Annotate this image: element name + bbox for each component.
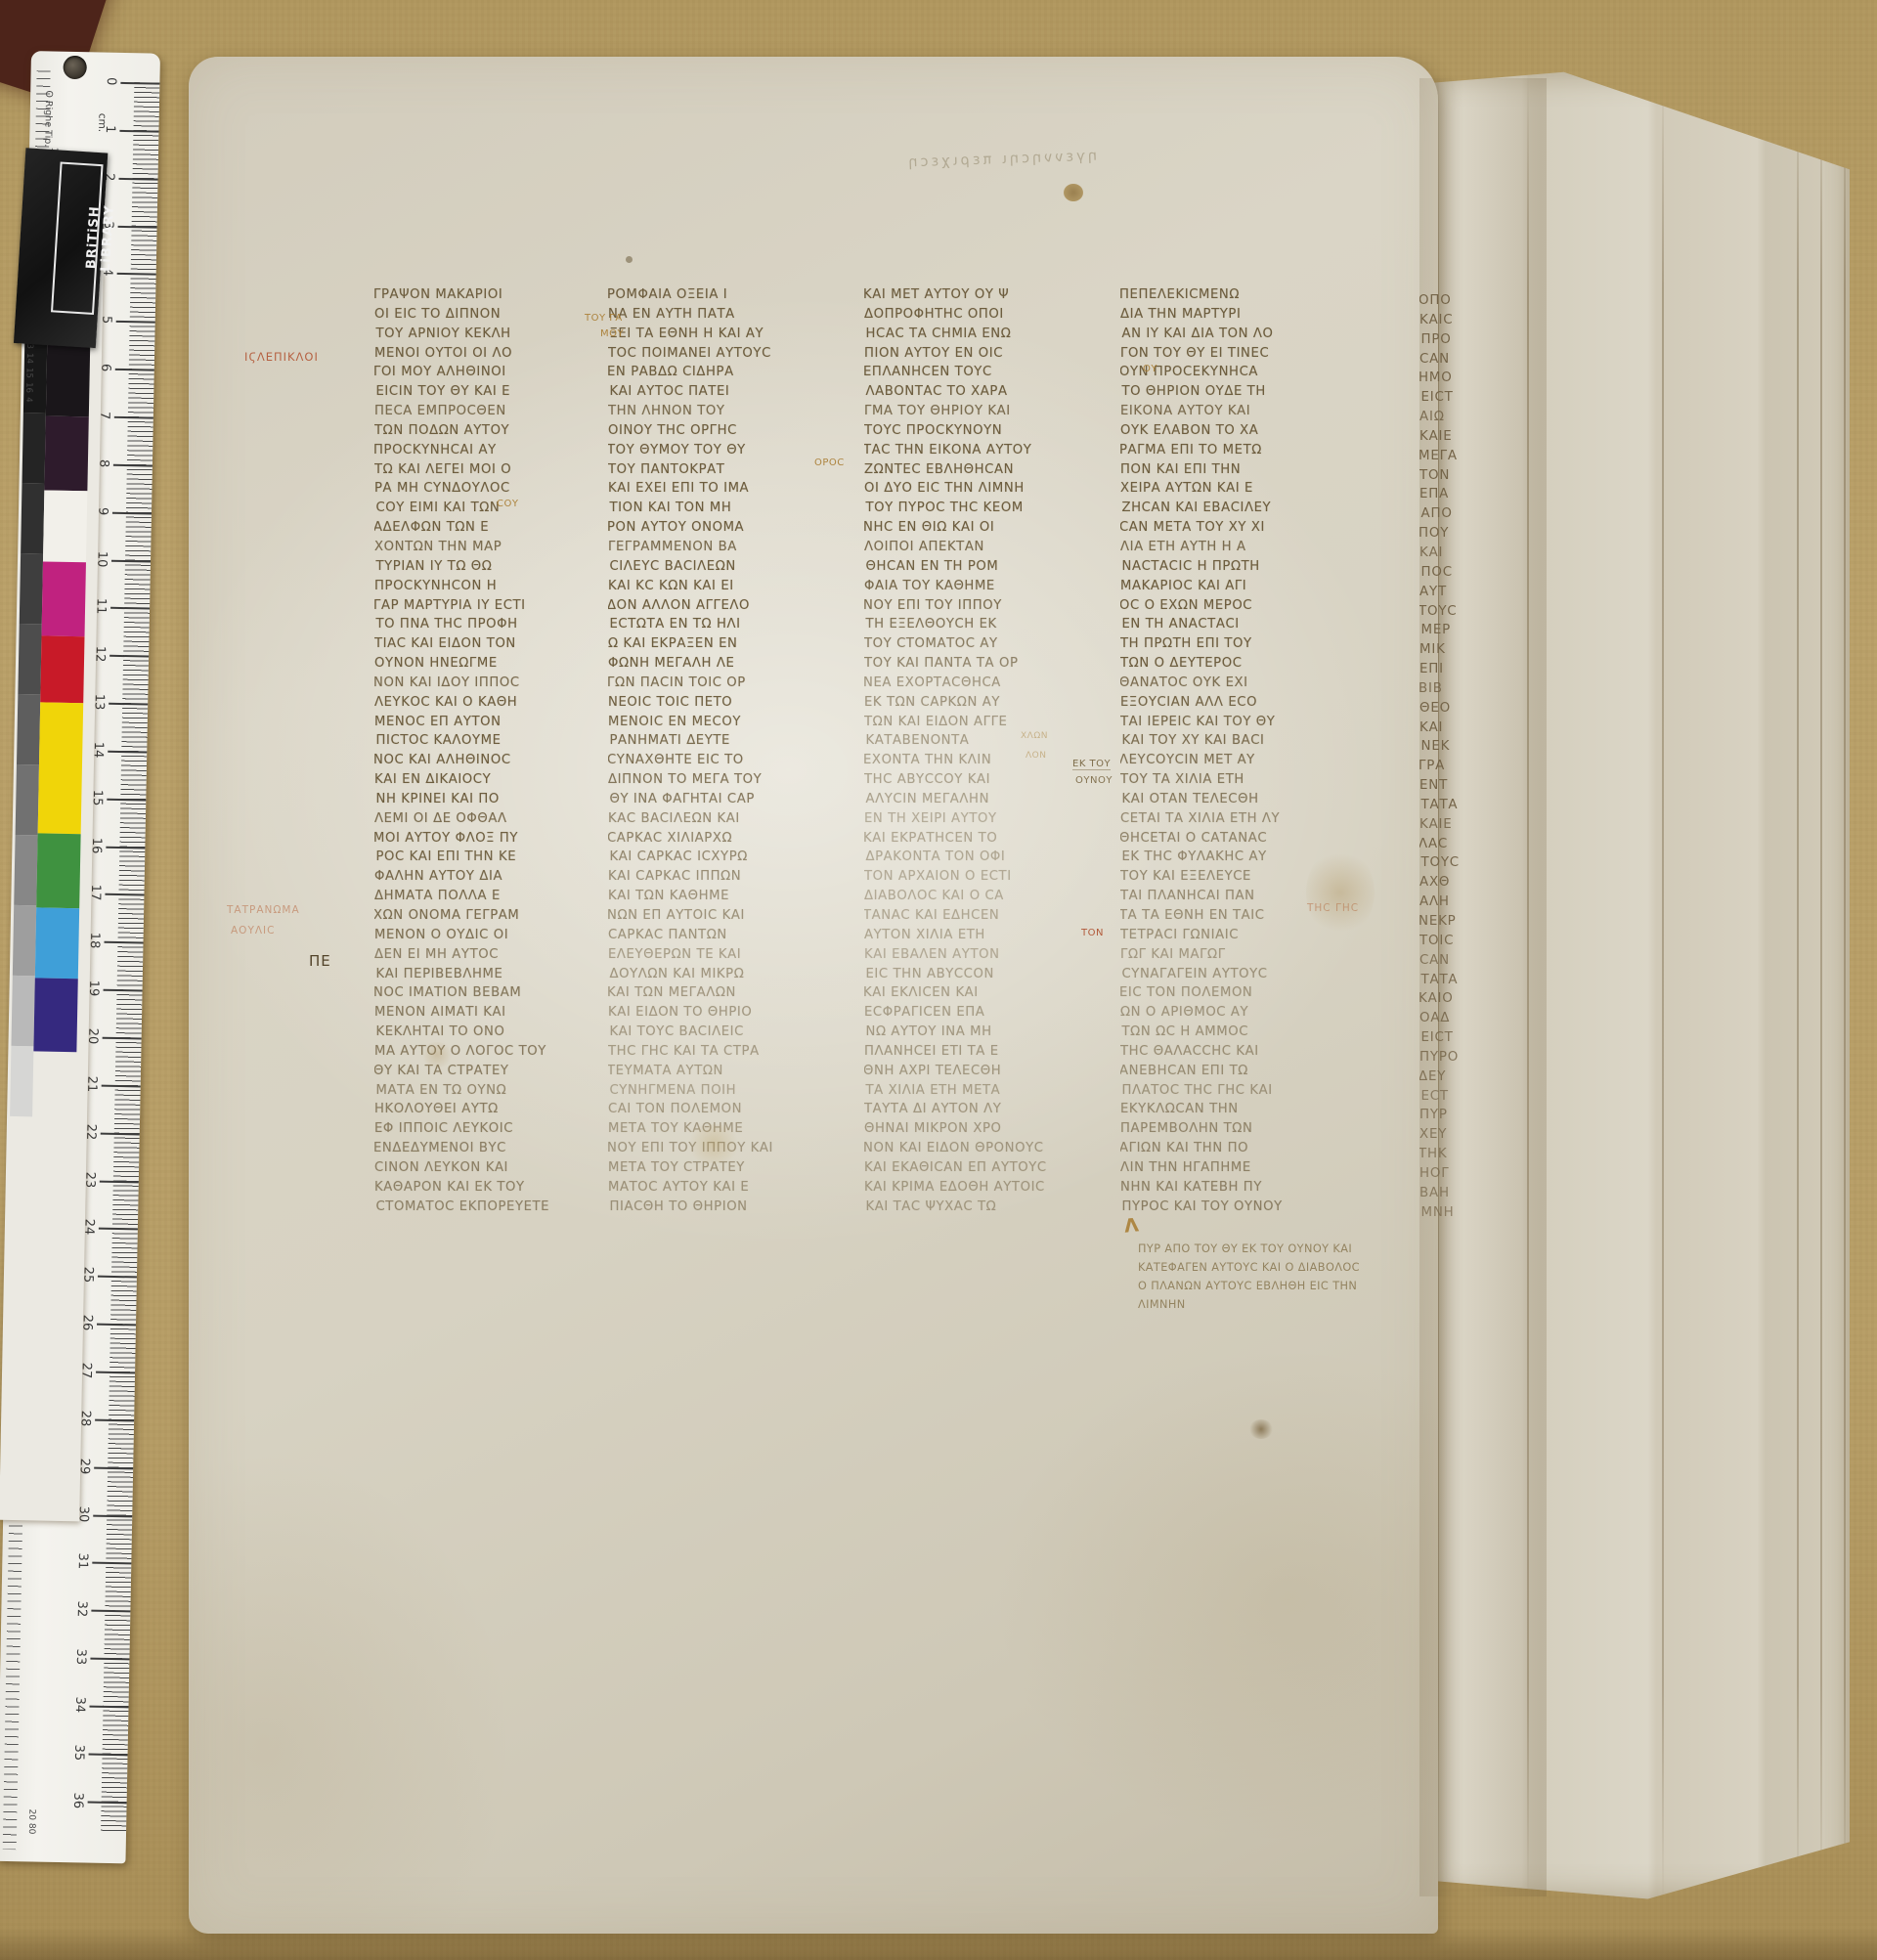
gray-step [10,1046,33,1116]
gray-step [11,976,34,1046]
manuscript-line: ΤΗΝ ΛΗΝΟΝ ΤΟΥ [608,402,851,421]
cm-major-tick [104,941,143,944]
cm-major-tick [106,846,145,849]
gray-step [14,835,37,905]
manuscript-line: ϹΥΝΗΓΜΕΝΑ ΠΟΙΗ [610,1081,851,1101]
page-fold-shadow [1419,78,1547,1896]
manuscript-line: ΚΕΚΛΗΤΑΙ ΤΟ ΟΝΟ [376,1023,618,1042]
manuscript-line: ΛΙΝ ΤΗΝ ΗΓΑΠΗΜΕ [1120,1158,1363,1178]
color-patch-cyan [35,907,79,979]
cm-major-tick [90,1658,129,1661]
cm-number: 33 [73,1647,88,1667]
manuscript-line: ΤΑΙ ΙΕΡΕΙϹ ΚΑΙ ΤΟΥ ΘΥ [1120,713,1363,732]
manuscript-line: ϹΑΝ ΜΕΤΑ ΤΟΥ ΧΥ ΧΙ [1120,518,1362,538]
manuscript-line: ΝΑ ΕΝ ΑΥΤΗ ΠΑΤΑ [608,305,851,325]
british-library-cassette: BRiTiSH LiBRARY [14,148,108,348]
manuscript-line: ΜΑΤΑ ΕΝ ΤΩ ΟΥΝΩ [376,1081,618,1101]
manuscript-line: ΤΟΥ ΘΥΜΟΥ ΤΟΥ ΘΥ [608,441,850,460]
cm-major-tick [104,989,143,992]
leaf-fold-line [1820,68,1822,1906]
manuscript-line: ΕΛΕΥΘΕΡΩΝ ΤΕ ΚΑΙ [608,945,851,965]
inch-tick-strip-bottom [3,1488,23,1850]
manuscript-line: ΓΩΝ ΠΑϹΙΝ ΤΟΙϹ ΟΡ [608,674,850,693]
manuscript-line: ΕΚ ΤΩΝ ϹΑΡΚΩΝ ΑΥ [864,693,1107,713]
cm-major-tick [99,1228,138,1231]
manuscript-line: ΚΑΙ ΤΑϹ ΨΥΧΑϹ ΤΩ [866,1198,1108,1217]
gray-step [16,764,39,835]
footnote-line: ΚΑΤΕΦΑΓΕΝ ΑΥΤΟΥϹ ΚΑΙ Ο ΔΙΑΒΟΛΟϹ [1138,1258,1431,1277]
smudge [420,1042,454,1067]
text-column-1: ΓΡΑΨΟΝ ΜΑΚΑΡΙΟΙΟΙ ΕΙϹ ΤΟ ΔΙΠΝΟΝΤΟΥ ΑΡΝΙΟ… [374,285,617,1248]
manuscript-line: ΟΙ ΕΙϹ ΤΟ ΔΙΠΝΟΝ [374,305,617,325]
manuscript-line: ΚΑΙ ΕΚΛΙϹΕΝ ΚΑΙ [864,983,1106,1003]
text-column-4: ΠΕΠΕΛΕΚΙϹΜΕΝΩΔΙΑ ΤΗΝ ΜΑΡΤΥΡΙΑΝ ΙΥ ΚΑΙ ΔΙ… [1120,285,1363,1248]
manuscript-line: ϹΑΙ ΤΟΝ ΠΟΛΕΜΟΝ [608,1100,851,1119]
cm-major-tick [108,751,147,754]
gray-step [20,553,43,624]
manuscript-line: ΘΗϹΑΝ ΕΝ ΤΗ ΡΟΜ [866,557,1108,577]
manuscript-line: ΤΟ ΘΗΡΙΟΝ ΟΥΔΕ ΤΗ [1122,382,1364,402]
manuscript-line: ΤΩΝ ΚΑΙ ΕΙΔΟΝ ΑΓΓΕ [864,713,1107,732]
manuscript-line: ΝΟΝ ΚΑΙ ΕΙΔΟΝ ΘΡΟΝΟΥϹ [864,1139,1106,1158]
inch-label-mid: 4 [23,397,33,409]
manuscript-line: ΠΕϹΑ ΕΜΠΡΟϹΘΕΝ [374,402,617,421]
manuscript-line: ΤΑΥΤΑ ΔΙ ΑΥΤΟΝ ΛΥ [864,1100,1107,1119]
cm-major-tick [93,1514,132,1517]
manuscript-line: ΠΟΝ ΚΑΙ ΕΠΙ ΤΗΝ [1120,460,1363,480]
manuscript-line: ΚΑΙ ϹΑΡΚΑϹ ΙϹΧΥΡΩ [610,848,851,867]
manuscript-line: ΕΞΟΥϹΙΑΝ ΑΛΛ ΕϹΟ [1120,693,1363,713]
manuscript-line: ΟΙΝΟΥ ΤΗϹ ΟΡΓΗϹ [608,421,851,441]
manuscript-line: ΠΡΟϹΚΥΝΗϹΑΙ ΑΥ [374,441,616,460]
manuscript-line: ΔΡΑΚΟΝΤΑ ΤΟΝ ΟΦΙ [866,848,1108,867]
manuscript-line: ΩΝ Ο ΑΡΙΘΜΟϹ ΑΥ [1120,1003,1363,1023]
manuscript-line: ΝΩ ΑΥΤΟΥ ΙΝΑ ΜΗ [866,1023,1108,1042]
manuscript-line: ΘΥ ΙΝΑ ΦΑΓΗΤΑΙ ϹΑΡ [610,790,851,809]
manuscript-line: ΤΟ ΠΝΑ ΤΗϹ ΠΡΟΦΗ [376,615,618,634]
cm-major-tick [107,798,146,801]
manuscript-line: ΘΥ ΚΑΙ ΤΑ ϹΤΡΑΤΕΥ [374,1062,616,1081]
manuscript-line: ΜΑΤΟϹ ΑΥΤΟΥ ΚΑΙ Ε [608,1178,851,1198]
manuscript-line: ΤΟΥ ΠΥΡΟϹ ΤΗϹ ΚΕΟΜ [866,499,1108,518]
manuscript-line: ΚΑΙ ΤΟΥϹ ΒΑϹΙΛΕΙϹ [610,1023,851,1042]
manuscript-line: ΓΕΓΡΑΜΜΕΝΟΝ ΒΑ [608,538,851,557]
cm-number: 1 [103,119,117,139]
ink-dot [626,256,633,263]
inch-label-mid: 14 [24,353,34,365]
manuscript-line: ΗϹΑϹ ΤΑ ϹΗΜΙΑ ΕΝΩ [866,325,1108,344]
dark-spot [1249,1419,1273,1439]
manuscript-line: ΚΑΙ ϹΑΡΚΑϹ ΙΠΠΩΝ [608,867,851,887]
manuscript-line: ΡΟΝ ΑΥΤΟΥ ΟΝΟΜΑ [608,518,850,538]
manuscript-line: ΔΙΑΒΟΛΟϹ ΚΑΙ Ο ϹΑ [864,887,1107,906]
manuscript-line: ΕΙϹΙΝ ΤΟΥ ΘΥ ΚΑΙ Ε [376,382,618,402]
manuscript-line: ΝΗΝ ΚΑΙ ΚΑΤΕΒΗ ΠΥ [1120,1178,1363,1198]
manuscript-line: ΠΙΑϹΘΗ ΤΟ ΘΗΡΙΟΝ [610,1198,851,1217]
manuscript-line: ΠΡΟϹΚΥΝΗϹΟΝ Η [374,577,617,596]
manuscript-line: ΕΧΟΝΤΑ ΤΗΝ ΚΛΙΝ [864,751,1106,770]
section-title-red-2a: ΤΑΤΡΑΝΩΜΑ [227,904,300,916]
manuscript-line: ΕΙΚΟΝΑ ΑΥΤΟΥ ΚΑΙ [1120,402,1363,421]
cm-number: 31 [75,1551,90,1571]
correction-tou-ga: ΤΟΥ ΓΑ [585,313,623,324]
cm-major-tick [112,511,152,514]
manuscript-line: ΠΑΡΕΜΒΟΛΗΝ ΤΩΝ [1120,1119,1363,1139]
manuscript-line: ΘΑΝΑΤΟϹ ΟΥΚ ΕΧΙ [1120,674,1362,693]
manuscript-line: ΕϹΦΡΑΓΙϹΕΝ ΕΠΑ [864,1003,1107,1023]
manuscript-line: ΛΕΥϹΟΥϹΙΝ ΜΕΤ ΑΥ [1120,751,1362,770]
manuscript-line: ΜΟΙ ΑΥΤΟΥ ΦΛΟΞ ΠΥ [374,829,616,849]
manuscript-line: ΑΔΕΛΦΩΝ ΤΩΝ Ε [374,518,616,538]
manuscript-line: ΕΝ ΡΑΒΔΩ ϹΙΔΗΡΑ [608,363,850,382]
manuscript-line: ΕΙϹ ΤΗΝ ΑΒΥϹϹΟΝ [866,965,1108,984]
leaf-fold-line [1797,68,1799,1906]
cm-major-tick [113,464,153,467]
gray-step [17,694,40,764]
manuscript-line: ΚΑΙ ΕΝ ΔΙΚΑΙΟϹΥ [374,770,617,790]
manuscript-line: ΛΕΜΙ ΟΙ ΔΕ ΟΦΘΑΛ [374,809,617,829]
manuscript-line: ΠΙϹΤΟϹ ΚΑΛΟΥΜΕ [376,731,618,751]
manuscript-line: ΑΛΥϹΙΝ ΜΕΓΑΛΗΝ [866,790,1108,809]
ruler-hole [63,56,86,79]
text-column-3: ΚΑΙ ΜΕΤ ΑΥΤΟΥ ΟΥ ΨΔΟΠΡΟΦΗΤΗϹ ΟΠΟΙΗϹΑϹ ΤΑ… [864,285,1107,1248]
leaf-fold-line [1844,68,1846,1906]
cm-major-tick [96,1372,135,1374]
manuscript-line: ΤΟΥϹ ΠΡΟϹΚΥΝΟΥΝ [864,421,1107,441]
color-patch-magenta [42,561,86,636]
manuscript-line: ΖΗϹΑΝ ΚΑΙ ΕΒΑϹΙΛΕΥ [1122,499,1364,518]
manuscript-line: ΚΑΙ ΜΕΤ ΑΥΤΟΥ ΟΥ Ψ [864,285,1106,305]
manuscript-line: ΜΕΝΟΙ ΟΥΤΟΙ ΟΙ ΛΟ [374,344,617,364]
manuscript-line: ΕΠΛΑΝΗϹΕΝ ΤΟΥϹ [864,363,1106,382]
manuscript-line: ΚΑΙ ΕΒΑΛΕΝ ΑΥΤΟΝ [864,945,1107,965]
manuscript-line: ΤΙΑϹ ΚΑΙ ΕΙΔΟΝ ΤΟΝ [374,634,617,654]
manuscript-line: ΤΗϹ ΑΒΥϹϹΟΥ ΚΑΙ [864,770,1107,790]
manuscript-line: ΑΝΕΒΗϹΑΝ ΕΠΙ ΤΩ [1120,1062,1362,1081]
manuscript-line: ΜΕΤΑ ΤΟΥ ϹΤΡΑΤΕΥ [608,1158,851,1178]
cm-number: 36 [70,1790,85,1809]
section-title-red: ΙϚΛΕΠΙΚΛΟΙ [244,350,319,364]
manuscript-line: ΜΕΝΟϹ ΕΠ ΑΥΤΟΝ [374,713,617,732]
manuscript-line: ΟΥΚ ΕΛΑΒΟΝ ΤΟ ΧΑ [1120,421,1363,441]
cm-major-tick [97,1324,136,1327]
manuscript-line: ΤΩ ΚΑΙ ΛΕΓΕΙ ΜΟΙ Ο [374,460,617,480]
manuscript-line: ΖΩΝΤΕϹ ΕΒΛΗΘΗϹΑΝ [864,460,1107,480]
cm-number: 32 [74,1599,89,1619]
manuscript-line: ΠΛΑΝΗϹΕΙ ΕΤΙ ΤΑ Ε [864,1042,1107,1062]
cm-major-tick [114,416,153,419]
cm-major-tick [118,225,157,228]
manuscript-line: ΔΙΑ ΤΗΝ ΜΑΡΤΥΡΙ [1120,305,1363,325]
yellow-stain [684,1124,743,1163]
gray-step [21,483,44,553]
manuscript-line: ΚΑΙ ΚΡΙΜΑ ΕΔΟΘΗ ΑΥΤΟΙϹ [864,1178,1107,1198]
manuscript-line: ΔΙΠΝΟΝ ΤΟ ΜΕΓΑ ΤΟΥ [608,770,851,790]
manuscript-line: ΓΡΑΨΟΝ ΜΑΚΑΡΙΟΙ [374,285,616,305]
manuscript-line: ΓΑΡ ΜΑΡΤΥΡΙΑ ΙΥ ΕϹΤΙ [374,596,616,616]
manuscript-line: ΕΝ ΤΗ ΑΝΑϹΤΑϹΙ [1122,615,1364,634]
footnote-line: Ο ΠΛΑΝΩΝ ΑΥΤΟΥϹ ΕΒΛΗΘΗ ΕΙϹ ΤΗΝ [1138,1277,1431,1295]
manuscript-line: ΡΟϹ ΚΑΙ ΕΠΙ ΤΗΝ ΚΕ [376,848,618,867]
manuscript-line: ϹΥΝΑΓΑΓΕΙΝ ΑΥΤΟΥϹ [1122,965,1364,984]
manuscript-line: ΠΙΟΝ ΑΥΤΟΥ ΕΝ ΟΙϹ [864,344,1107,364]
cassette-label-frame: BRiTiSH LiBRARY [51,162,104,315]
manuscript-line: ΕΦ ΙΠΠΟΙϹ ΛΕΥΚΟΙϹ [374,1119,617,1139]
correction-ounou: ΟΥΝΟΥ [1075,775,1113,786]
cm-major-tick [120,82,159,85]
manuscript-line: ΡΑΓΜΑ ΕΠΙ ΤΟ ΜΕΤΩ [1120,441,1362,460]
manuscript-line: ΝΟϹ ΚΑΙ ΑΛΗΘΙΝΟϹ [374,751,616,770]
cm-major-tick [110,607,150,610]
manuscript-line: ΚΑΙ ΟΤΑΝ ΤΕΛΕϹΘΗ [1122,790,1364,809]
manuscript-line: ΤΟϹ ΠΟΙΜΑΝΕΙ ΑΥΤΟΥϹ [608,344,851,364]
manuscript-line: ΓΩΓ ΚΑΙ ΜΑΓΩΓ [1120,945,1363,965]
manuscript-line: ΚΑΙ ΕΚΑΘΙϹΑΝ ΕΠ ΑΥΤΟΥϹ [864,1158,1107,1178]
cm-major-tick [109,655,149,658]
manuscript-line: ΤΟΥ ΚΑΙ ΠΑΝΤΑ ΤΑ ΟΡ [864,654,1107,674]
manuscript-line: ΤΗϹ ΘΑΛΑϹϹΗϹ ΚΑΙ [1120,1042,1363,1062]
manuscript-line: ΕΝΔΕΔΥΜΕΝΟΙ ΒΥϹ [374,1139,616,1158]
manuscript-line: ΛΙΑ ΕΤΗ ΑΥΤΗ Η Α [1120,538,1363,557]
text-column-2: ΡΟΜΦΑΙΑ ΟΞΕΙΑ ΙΝΑ ΕΝ ΑΥΤΗ ΠΑΤΑΞΕΙ ΤΑ ΕΘΝ… [608,285,851,1248]
manuscript-line: ΕϹΤΩΤΑ ΕΝ ΤΩ ΗΛΙ [610,615,851,634]
gray-step [18,624,41,694]
manuscript-line: ΕΙϹ ΤΟΝ ΠΟΛΕΜΟΝ [1120,983,1362,1003]
measurement-tools: O Righe Tip. 1 cm. 012345678910111213141… [0,51,221,1882]
manuscript-line: ΦΑΙΑ ΤΟΥ ΚΑΘΗΜΕ [864,577,1107,596]
cm-major-tick [119,130,158,133]
manuscript-line: ΘΗΝΑΙ ΜΙΚΡΟΝ ΧΡΟ [864,1119,1107,1139]
correction-ek-tou: ΕΚ ΤΟΥ [1072,759,1111,770]
parchment-stain [1306,849,1375,936]
manuscript-line: ϹΥΝΑΧΘΗΤΕ ΕΙϹ ΤΟ [608,751,850,770]
color-patch-green [36,833,80,908]
manuscript-line: ΚΑΙ ΕΚΡΑΤΗϹΕΝ ΤΟ [864,829,1106,849]
cm-major-tick [118,178,157,181]
ruler-foot-label: 20 80 [26,1808,36,1834]
manuscript-line: ΛΑΒΟΝΤΑϹ ΤΟ ΧΑΡΑ [866,382,1108,402]
manuscript-line: ΝΩΝ ΕΠ ΑΥΤΟΙϹ ΚΑΙ [608,906,850,926]
cm-number: 0 [104,71,118,91]
manuscript-line: ΓΜΑ ΤΟΥ ΘΗΡΙΟΥ ΚΑΙ [864,402,1107,421]
manuscript-line: ΔΟΥΛΩΝ ΚΑΙ ΜΙΚΡΩ [610,965,851,984]
manuscript-line: ΓΟΙ ΜΟΥ ΑΛΗΘΙΝΟΙ [374,363,616,382]
cm-major-tick [117,273,156,276]
manuscript-line: ΚΑΙ ΤΩΝ ΚΑΘΗΜΕ [608,887,851,906]
cm-major-tick [91,1610,130,1613]
manuscript-line: ΤΗ ΠΡΩΤΗ ΕΠΙ ΤΟΥ [1120,634,1363,654]
manuscript-line: ΚΑΙ ΚϹ ΚΩΝ ΚΑΙ ΕΙ [608,577,851,596]
cm-number: 35 [71,1742,86,1762]
manuscript-line: ΠΥΡΟϹ ΚΑΙ ΤΟΥ ΟΥΝΟΥ [1122,1198,1364,1217]
insertion-caret: Λ [1123,1214,1140,1237]
cm-major-tick [92,1562,131,1565]
cm-major-tick [98,1276,137,1279]
manuscript-line: ΔΕΝ ΕΙ ΜΗ ΑΥΤΟϹ [374,945,617,965]
cm-major-tick [115,369,154,371]
manuscript-line: ΞΕΙ ΤΑ ΕΘΝΗ Η ΚΑΙ ΑΥ [610,325,851,344]
manuscript-line: ΟΥΝΟΝ ΗΝΕΩΓΜΕ [374,654,617,674]
manuscript-line: ΕΝ ΤΗ ΧΕΙΡΙ ΑΥΤΟΥ [864,809,1107,829]
manuscript-line: ϹΙΝΟΝ ΛΕΥΚΟΝ ΚΑΙ [374,1158,617,1178]
corrector-footnote: ΠΥΡ ΑΠΟ ΤΟΥ ΘΥ ΕΚ ΤΟΥ ΟΥΝΟΥ ΚΑΙΚΑΤΕΦΑΓΕΝ… [1138,1240,1431,1314]
manuscript-line: ΜΑ ΑΥΤΟΥ Ο ΛΟΓΟϹ ΤΟΥ [374,1042,617,1062]
gloss-chlon: ΧΛΩΝ [1021,731,1048,741]
manuscript-line: ΛΟΙΠΟΙ ΑΠΕΚΤΑΝ [864,538,1107,557]
color-patch-dark-purple [44,415,88,491]
corrector-mark-pe: ΠΕ [309,952,331,970]
correction-ou: ΟΥ [1143,364,1157,374]
manuscript-line: ΚΑϹ ΒΑϹΙΛΕΩΝ ΚΑΙ [608,809,851,829]
manuscript-line: ΗΚΟΛΟΥΘΕΙ ΑΥΤΩ [374,1100,617,1119]
manuscript-line: ΤΑΝΑϹ ΚΑΙ ΕΔΗϹΕΝ [864,906,1106,926]
footnote-line: ΛΙΜΝΗΝ [1138,1295,1431,1314]
manuscript-line: ΤΟΥ ΑΡΝΙΟΥ ΚΕΚΛΗ [376,325,618,344]
manuscript-line: ΚΑΤΑΒΕΝΟΝΤΑ [866,731,1108,751]
manuscript-line: ΤΟΥ ΤΑ ΧΙΛΙΑ ΕΤΗ [1120,770,1363,790]
cm-major-tick [103,1037,142,1040]
manuscript-line: ΡΟΜΦΑΙΑ ΟΞΕΙΑ Ι [608,285,850,305]
manuscript-line: ΧΕΙΡΑ ΑΥΤΩΝ ΚΑΙ Ε [1120,479,1363,499]
correction-mou: ΜΟΥ [600,328,624,339]
manuscript-line: ΚΑΙ ΕΧΕΙ ΕΠΙ ΤΟ ΙΜΑ [608,479,851,499]
manuscript-line: ΔΟΠΡΟΦΗΤΗϹ ΟΠΟΙ [864,305,1107,325]
manuscript-line: ΕΚΥΚΛΩϹΑΝ ΤΗΝ [1120,1100,1363,1119]
manuscript-line: ΤΩΝ ΠΟΔΩΝ ΑΥΤΟΥ [374,421,617,441]
gray-step [13,905,36,976]
footnote-line: ΠΥΡ ΑΠΟ ΤΟΥ ΘΥ ΕΚ ΤΟΥ ΟΥΝΟΥ ΚΑΙ [1138,1240,1431,1258]
manuscript-line: ΝΟϹ ΙΜΑΤΙΟΝ ΒΕΒΑΜ [374,983,616,1003]
inch-label-mid: 15 [24,368,34,379]
manuscript-line: ΜΕΝΟΙϹ ΕΝ ΜΕϹΟΥ [608,713,851,732]
manuscript-line: ΧΩΝ ΟΝΟΜΑ ΓΕΓΡΑΜ [374,906,616,926]
manuscript-line: ΤΟΝ ΑΡΧΑΙΟΝ Ο ΕϹΤΙ [864,867,1107,887]
manuscript-line: ΔΗΜΑΤΑ ΠΟΛΛΑ Ε [374,887,617,906]
manuscript-line: ΚΑΙ ΑΥΤΟϹ ΠΑΤΕΙ [610,382,851,402]
manuscript-line: ΟΙ ΔΥΟ ΕΙϹ ΤΗΝ ΛΙΜΝΗ [864,479,1107,499]
manuscript-line: ΜΑΚΑΡΙΟϹ ΚΑΙ ΑΓΙ [1120,577,1363,596]
cm-major-tick [89,1753,128,1756]
manuscript-line: Ω ΚΑΙ ΕΚΡΑΞΕΝ ΕΝ [608,634,851,654]
manuscript-line: ΧΟΝΤΩΝ ΤΗΝ ΜΑΡ [374,538,617,557]
manuscript-line: ΟϹ Ο ΕΧΩΝ ΜΕΡΟϹ [1120,596,1362,616]
manuscript-line: ΠΕΠΕΛΕΚΙϹΜΕΝΩ [1120,285,1362,305]
manuscript-line: ϹΤΟΜΑΤΟϹ ΕΚΠΟΡΕΥΕΤΕ [376,1198,618,1217]
manuscript-line: ΡΑ ΜΗ ϹΥΝΔΟΥΛΟϹ [374,479,617,499]
manuscript-line: ΓΟΝ ΤΟΥ ΘΥ ΕΙ ΤΙΝΕϹ [1120,344,1363,364]
manuscript-line: ΤΑϹ ΤΗΝ ΕΙΚΟΝΑ ΑΥΤΟΥ [864,441,1106,460]
manuscript-line: ΤΩΝ Ο ΔΕΥΤΕΡΟϹ [1120,654,1363,674]
manuscript-line: ΝΟΥ ΕΠΙ ΤΟΥ ΙΠΠΟΥ [864,596,1106,616]
gray-step [22,413,46,483]
cm-major-tick [116,321,155,324]
manuscript-line: ΚΑΙ ΤΩΝ ΜΕΓΑΛΩΝ [608,983,850,1003]
manuscript-line: ΚΑΙ ΤΟΥ ΧΥ ΚΑΙ ΒΑϹΙ [1122,731,1364,751]
cm-major-tick [88,1801,127,1804]
ink-stain [1064,184,1083,201]
manuscript-line: ΦΑΛΗΝ ΑΥΤΟΥ ΔΙΑ [374,867,617,887]
cm-major-tick [94,1466,133,1469]
ruler-side-label: O Righe Tip. 1 [42,90,54,155]
correction-sou: ϹΟΥ [497,499,518,509]
color-patch-indigo [33,978,77,1052]
manuscript-line: ΠΛΑΤΟϹ ΤΗϹ ΓΗϹ ΚΑΙ [1122,1081,1364,1101]
manuscript-line: ΝΟΝ ΚΑΙ ΙΔΟΥ ΙΠΠΟϹ [374,674,616,693]
manuscript-line: ΤΕΥΜΑΤΑ ΑΥΤΩΝ [608,1062,850,1081]
cm-number: 34 [72,1695,87,1715]
manuscript-line: ΝΗϹ ΕΝ ΘΙΩ ΚΑΙ ΟΙ [864,518,1106,538]
manuscript-line: ϹΑΡΚΑϹ ΠΑΝΤΩΝ [608,926,851,945]
manuscript-line: ΤΑ ΧΙΛΙΑ ΕΤΗ ΜΕΤΑ [866,1081,1108,1101]
manuscript-line: ΑΓΙΩΝ ΚΑΙ ΤΗΝ ΠΟ [1120,1139,1362,1158]
cm-major-tick [89,1705,128,1708]
manuscript-line: ΤΗϹ ΓΗϹ ΚΑΙ ΤΑ ϹΤΡΑ [608,1042,851,1062]
manuscript-line: ΝΕΟΙϹ ΤΟΙϹ ΠΕΤΟ [608,693,851,713]
manuscript-line: ΑΝ ΙΥ ΚΑΙ ΔΙΑ ΤΟΝ ΛΟ [1122,325,1364,344]
cm-major-tick [102,1085,141,1088]
manuscript-line: ϹΕΤΑΙ ΤΑ ΧΙΛΙΑ ΕΤΗ ΛΥ [1120,809,1363,829]
manuscript-line: ΛΕΥΚΟϹ ΚΑΙ Ο ΚΑΘΗ [374,693,617,713]
manuscript-line: ΤΟΥ ϹΤΟΜΑΤΟϹ ΑΥ [864,634,1107,654]
manuscript-line: ΚΑΙ ΕΙΔΟΝ ΤΟ ΘΗΡΙΟ [608,1003,851,1023]
cm-major-tick [109,703,148,706]
manuscript-line: ΝΕΑ ΕΧΟΡΤΑϹΘΗϹΑ [864,674,1106,693]
gloss-lon: ΛΟΝ [1026,751,1046,761]
manuscript-line: ΦΩΝΗ ΜΕΓΑΛΗ ΛΕ [608,654,851,674]
manuscript-line: ΡΑΝΗΜΑΤΙ ΔΕΥΤΕ [610,731,851,751]
cm-major-tick [100,1180,139,1183]
manuscript-line: ΜΕΝΟΝ ΑΙΜΑΤΙ ΚΑΙ [374,1003,617,1023]
manuscript-line: ΝΑϹΤΑϹΙϹ Η ΠΡΩΤΗ [1122,557,1364,577]
color-patch-yellow [38,702,84,834]
color-patch-red [40,635,84,703]
manuscript-line: ϹΙΛΕΥϹ ΒΑϹΙΛΕΩΝ [610,557,851,577]
manuscript-line: ΤΩΝ ΩϹ Η ΑΜΜΟϹ [1122,1023,1364,1042]
manuscript-line: ΤΥΡΙΑΝ ΙΥ ΤΩ ΘΩ [376,557,618,577]
cm-tick-strip [101,82,159,1832]
cm-major-tick [95,1418,134,1421]
inch-label-mid: 16 [23,382,33,394]
manuscript-line: ΔΟΝ ΑΛΛΟΝ ΑΓΓΕΛΟ [608,596,850,616]
manuscript-line: ΘΝΗ ΑΧΡΙ ΤΕΛΕϹΘΗ [864,1062,1106,1081]
manuscript-line: ΚΑΙ ΠΕΡΙΒΕΒΛΗΜΕ [376,965,618,984]
manuscript-line: ϹΑΡΚΑϹ ΧΙΛΙΑΡΧΩ [608,829,850,849]
manuscript-line: ΤΗ ΕΞΕΛΘΟΥϹΗ ΕΚ [866,615,1108,634]
manuscript-line: ΑΥΤΟΝ ΧΙΛΙΑ ΕΤΗ [864,926,1107,945]
correction-ton-red: ΤΟΝ [1081,928,1104,938]
manuscript-line: ΤΙΟΝ ΚΑΙ ΤΟΝ ΜΗ [610,499,851,518]
cm-major-tick [101,1132,140,1135]
leaf-fold-line [1662,68,1664,1906]
color-patch-white [43,490,87,562]
manuscript-line: ΝΗ ΚΡΙΝΕΙ ΚΑΙ ΠΟ [376,790,618,809]
manuscript-line: ΘΗϹΕΤΑΙ Ο ϹΑΤΑΝΑϹ [1120,829,1362,849]
manuscript-line: ΜΕΝΟΝ Ο ΟΥΔΙϹ ΟΙ [374,926,617,945]
section-title-red-2b: ΑΟΥΛΙϹ [231,925,275,936]
correction-oros: ΟΡΟϹ [814,457,845,468]
manuscript-line: ΚΑΘΑΡΟΝ ΚΑΙ ΕΚ ΤΟΥ [374,1178,617,1198]
cm-major-tick [105,893,144,896]
cm-major-tick [111,559,151,562]
